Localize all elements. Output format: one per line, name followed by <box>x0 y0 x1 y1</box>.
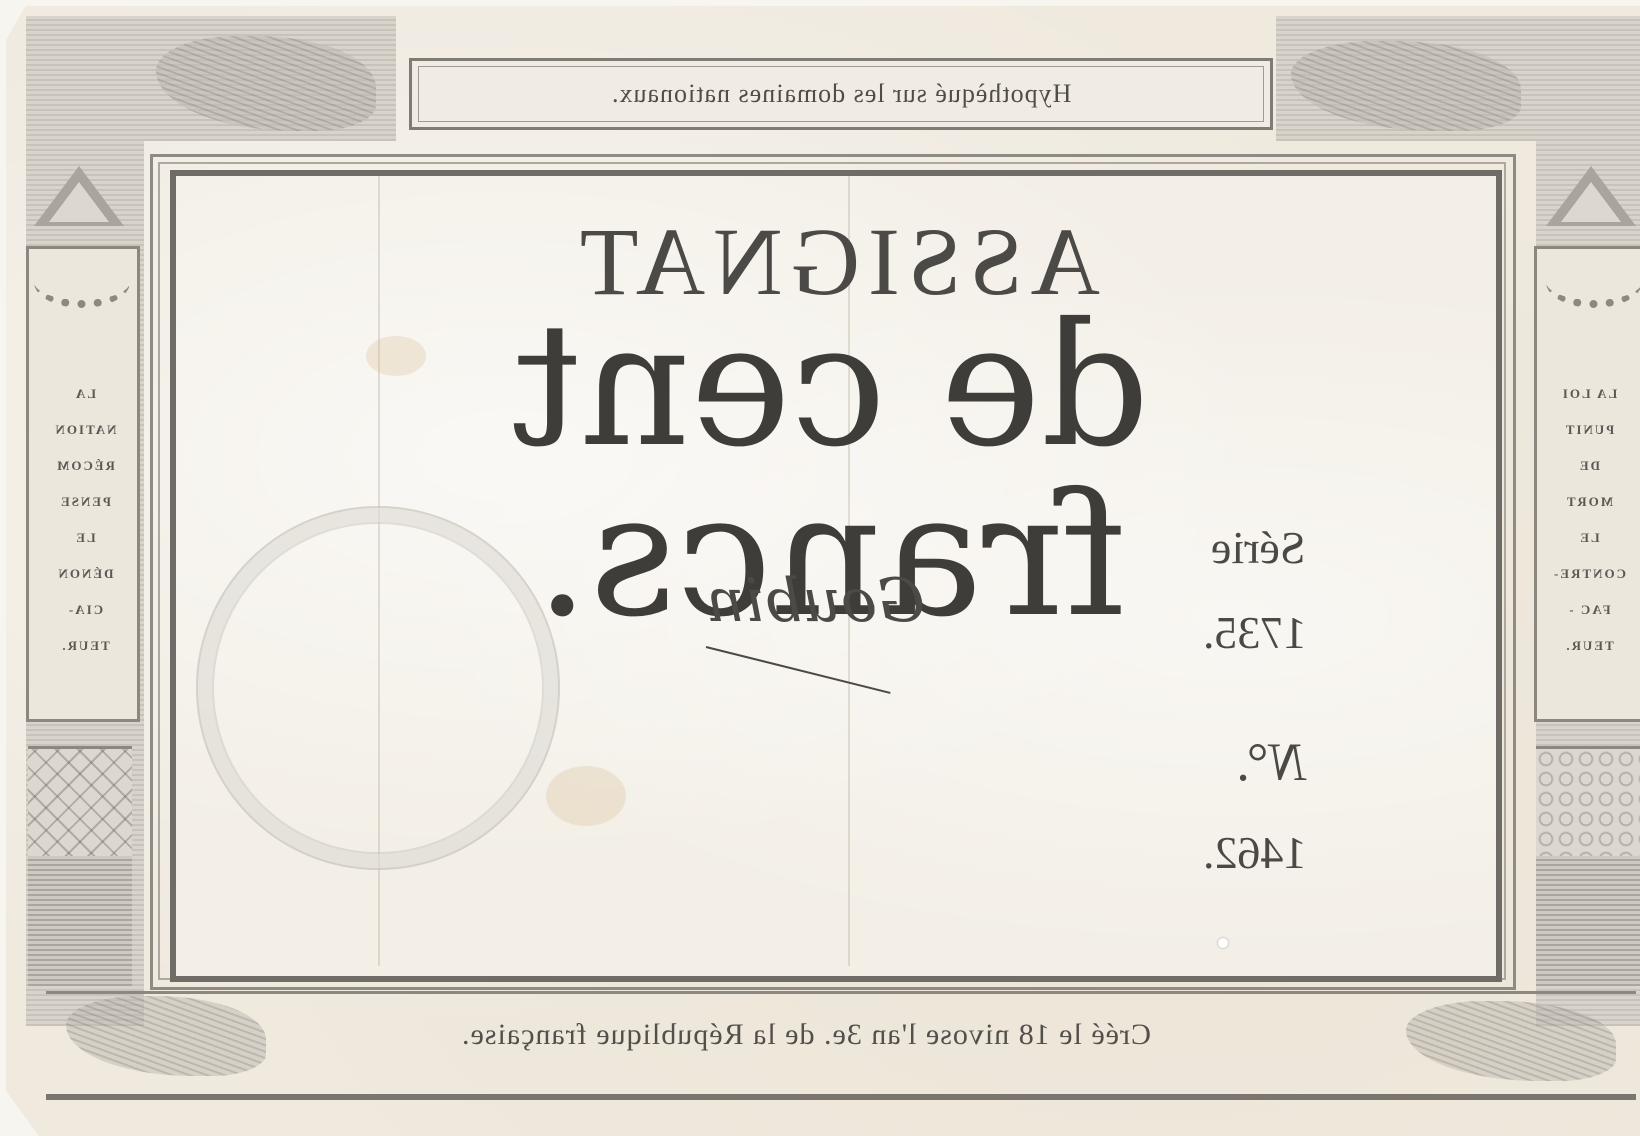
column-base <box>28 856 132 986</box>
mortgage-inscription: Hypothèqué sur les domaines nationaux. <box>611 79 1071 109</box>
inscription-line: RÉCOM <box>30 448 140 484</box>
serie-label: Série <box>1126 521 1306 574</box>
lattice-pattern <box>28 746 132 859</box>
stain <box>366 336 426 376</box>
left-side-inscription: LA NATION RÉCOM PENSE LE DÉNON CIA- TEUR… <box>30 376 140 664</box>
inscription-line: CIA- <box>30 592 140 628</box>
garland-icon <box>1546 256 1640 308</box>
signature: Goubin <box>706 566 986 686</box>
number-value-text: 1462. <box>1203 826 1307 879</box>
creation-inscription: Créé le 18 nivose l'an 3e. de la Républi… <box>246 1018 1366 1052</box>
inscription-line: LE <box>1534 520 1640 556</box>
inscription-line: DE <box>1534 448 1640 484</box>
serie-number-text: 1735. <box>1203 606 1307 659</box>
number-value: 1462. <box>1126 826 1306 879</box>
pediment-inner <box>49 182 109 222</box>
inscription-line: PUNIT <box>1534 412 1640 448</box>
signature-text: Goubin <box>706 566 925 636</box>
pinhole <box>1218 938 1228 948</box>
inscription-line: TEUR. <box>1534 628 1640 664</box>
number-label: N°. <box>1126 731 1306 793</box>
inscription-line: DÉNON <box>30 556 140 592</box>
banknote: LA NATION RÉCOM PENSE LE DÉNON CIA- TEUR… <box>6 6 1640 1136</box>
top-cartouche: Hypothèqué sur les domaines nationaux. <box>409 58 1273 130</box>
inscription-line: TEUR. <box>30 628 140 664</box>
inscription-line: NATION <box>30 412 140 448</box>
inscription-line: PENSE <box>30 484 140 520</box>
column-base <box>1536 856 1640 986</box>
inscription-line: LA LOI <box>1534 376 1640 412</box>
garland-icon <box>34 256 130 308</box>
circle-pattern <box>1536 746 1640 859</box>
stain <box>546 766 626 826</box>
serie-label-text: Série <box>1211 521 1306 574</box>
inscription-line: LA <box>30 376 140 412</box>
inscription-line: LE <box>30 520 140 556</box>
serie-number: 1735. <box>1126 606 1306 659</box>
creation-text: Créé le 18 nivose l'an 3e. de la Républi… <box>461 1018 1151 1052</box>
pediment-inner <box>1561 182 1621 222</box>
inscription-line: FAC - <box>1534 592 1640 628</box>
inscription-line: MORT <box>1534 484 1640 520</box>
number-label-text: N°. <box>1235 731 1306 793</box>
right-side-inscription: LA LOI PUNIT DE MORT LE CONTRE- FAC - TE… <box>1534 376 1640 664</box>
inscription-line: CONTRE- <box>1534 556 1640 592</box>
